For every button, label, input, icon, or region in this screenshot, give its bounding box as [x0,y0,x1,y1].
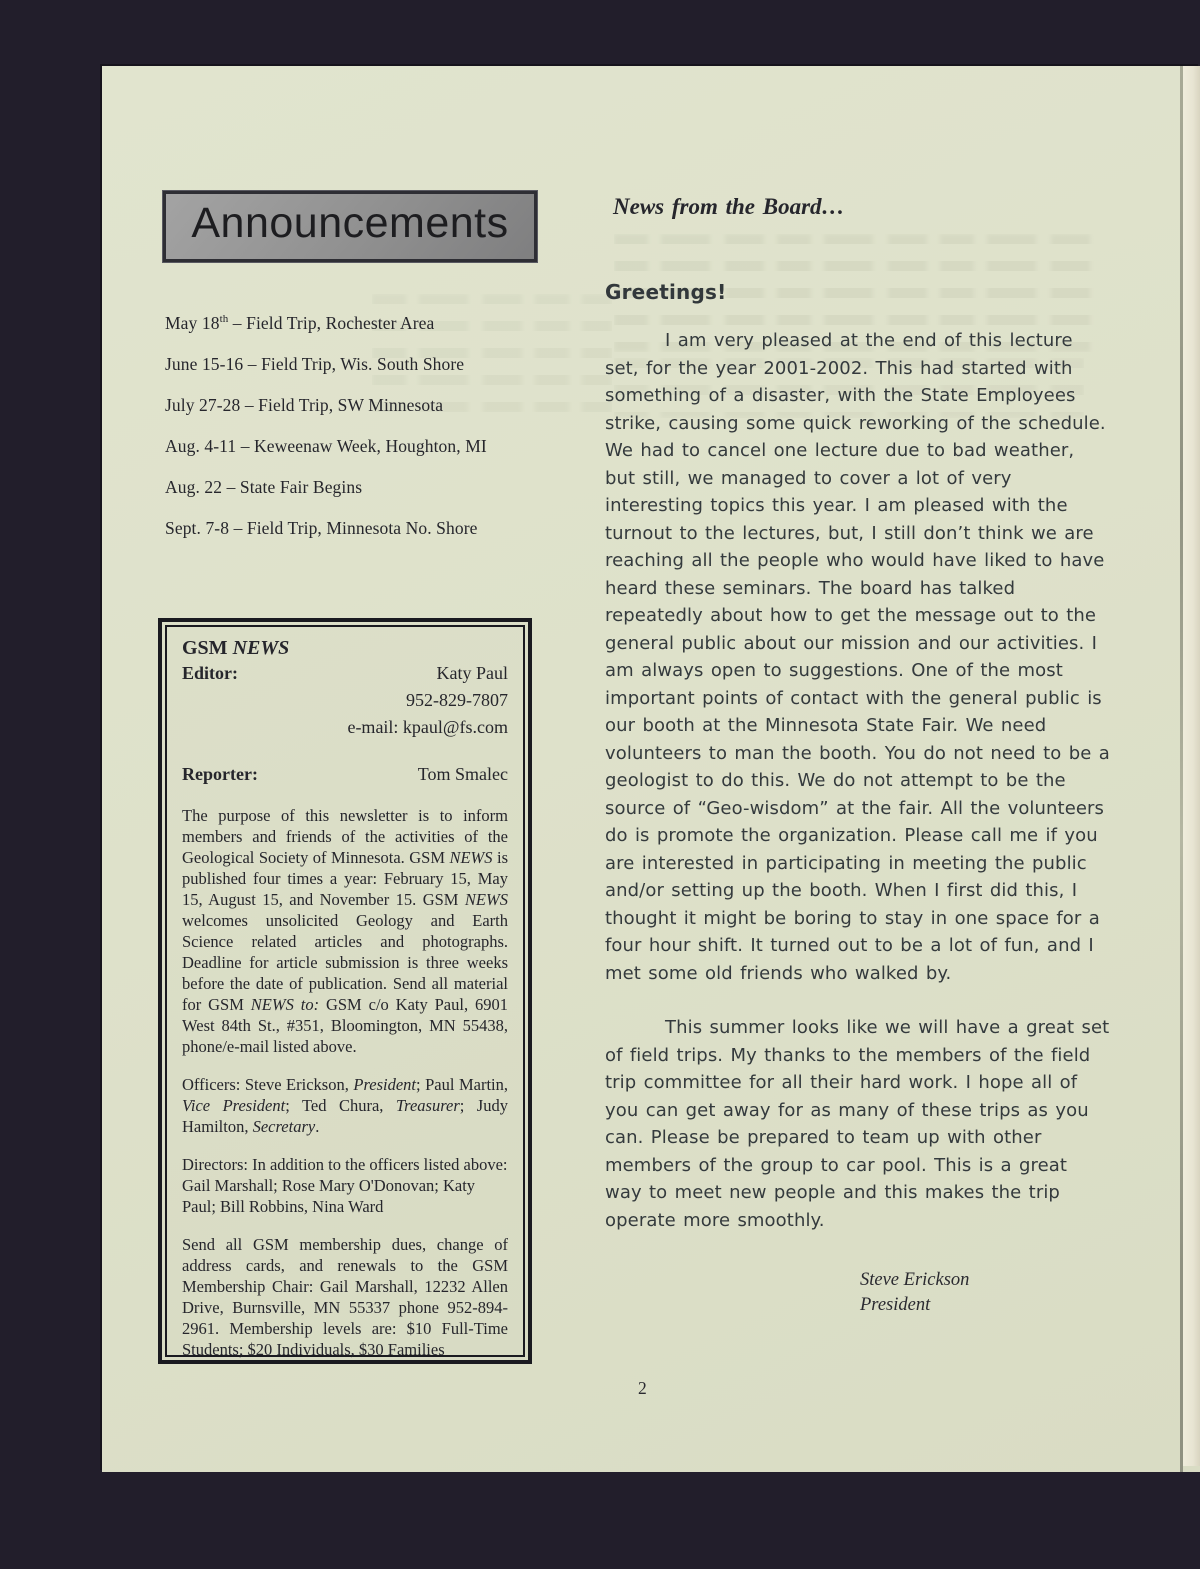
masthead-directors: Directors: In addition to the officers l… [182,1154,508,1217]
board-heading: News from the Board… [613,194,1110,220]
announcement-item: Aug. 22 – State Fair Begins [165,478,565,497]
reporter-label: Reporter: [182,761,258,788]
editor-name: Katy Paul [437,660,509,687]
board-greeting: Greetings! [605,280,1110,304]
masthead-purpose: The purpose of this newsletter is to inf… [182,805,508,1057]
signature-title: President [860,1293,1110,1318]
reporter-name: Tom Smalec [418,761,508,788]
editor-row: Editor: Katy Paul [182,660,508,687]
announcements-list: May 18th – Field Trip, Rochester Area Ju… [165,314,565,560]
signature-block: Steve Erickson President [860,1268,1110,1318]
board-paragraph-1: I am very pleased at the end of this lec… [605,327,1110,987]
announcement-item: Sept. 7-8 – Field Trip, Minnesota No. Sh… [165,519,565,538]
newsletter-paper: Announcements May 18th – Field Trip, Roc… [102,66,1200,1472]
masthead-membership: Send all GSM membership dues, change of … [182,1234,508,1360]
page-number: 2 [638,1378,647,1399]
masthead-officers: Officers: Steve Erickson, President; Pau… [182,1074,508,1137]
board-column: News from the Board… Greetings! I am ver… [605,194,1110,1318]
announcements-title: Announcements [191,202,508,251]
board-paragraph-2: This summer looks like we will have a gr… [605,1014,1110,1234]
editor-label: Editor: [182,660,238,687]
announcements-header: Announcements [163,191,537,262]
signature-name: Steve Erickson [860,1268,1110,1293]
announcement-item: May 18th – Field Trip, Rochester Area [165,314,565,333]
masthead-box: GSM NEWS Editor: Katy Paul 952-829-7807 … [158,618,532,1364]
reporter-row: Reporter: Tom Smalec [182,761,508,788]
editor-email: e-mail: kpaul@fs.com [182,714,508,741]
editor-phone: 952-829-7807 [182,687,508,714]
masthead-inner-border: GSM NEWS Editor: Katy Paul 952-829-7807 … [165,625,525,1357]
page-edge-strip [1183,66,1200,1466]
announcement-item: July 27-28 – Field Trip, SW Minnesota [165,396,565,415]
masthead-title: GSM NEWS [182,637,508,660]
announcement-item: Aug. 4-11 – Keweenaw Week, Houghton, MI [165,437,565,456]
announcement-item: June 15-16 – Field Trip, Wis. South Shor… [165,355,565,374]
